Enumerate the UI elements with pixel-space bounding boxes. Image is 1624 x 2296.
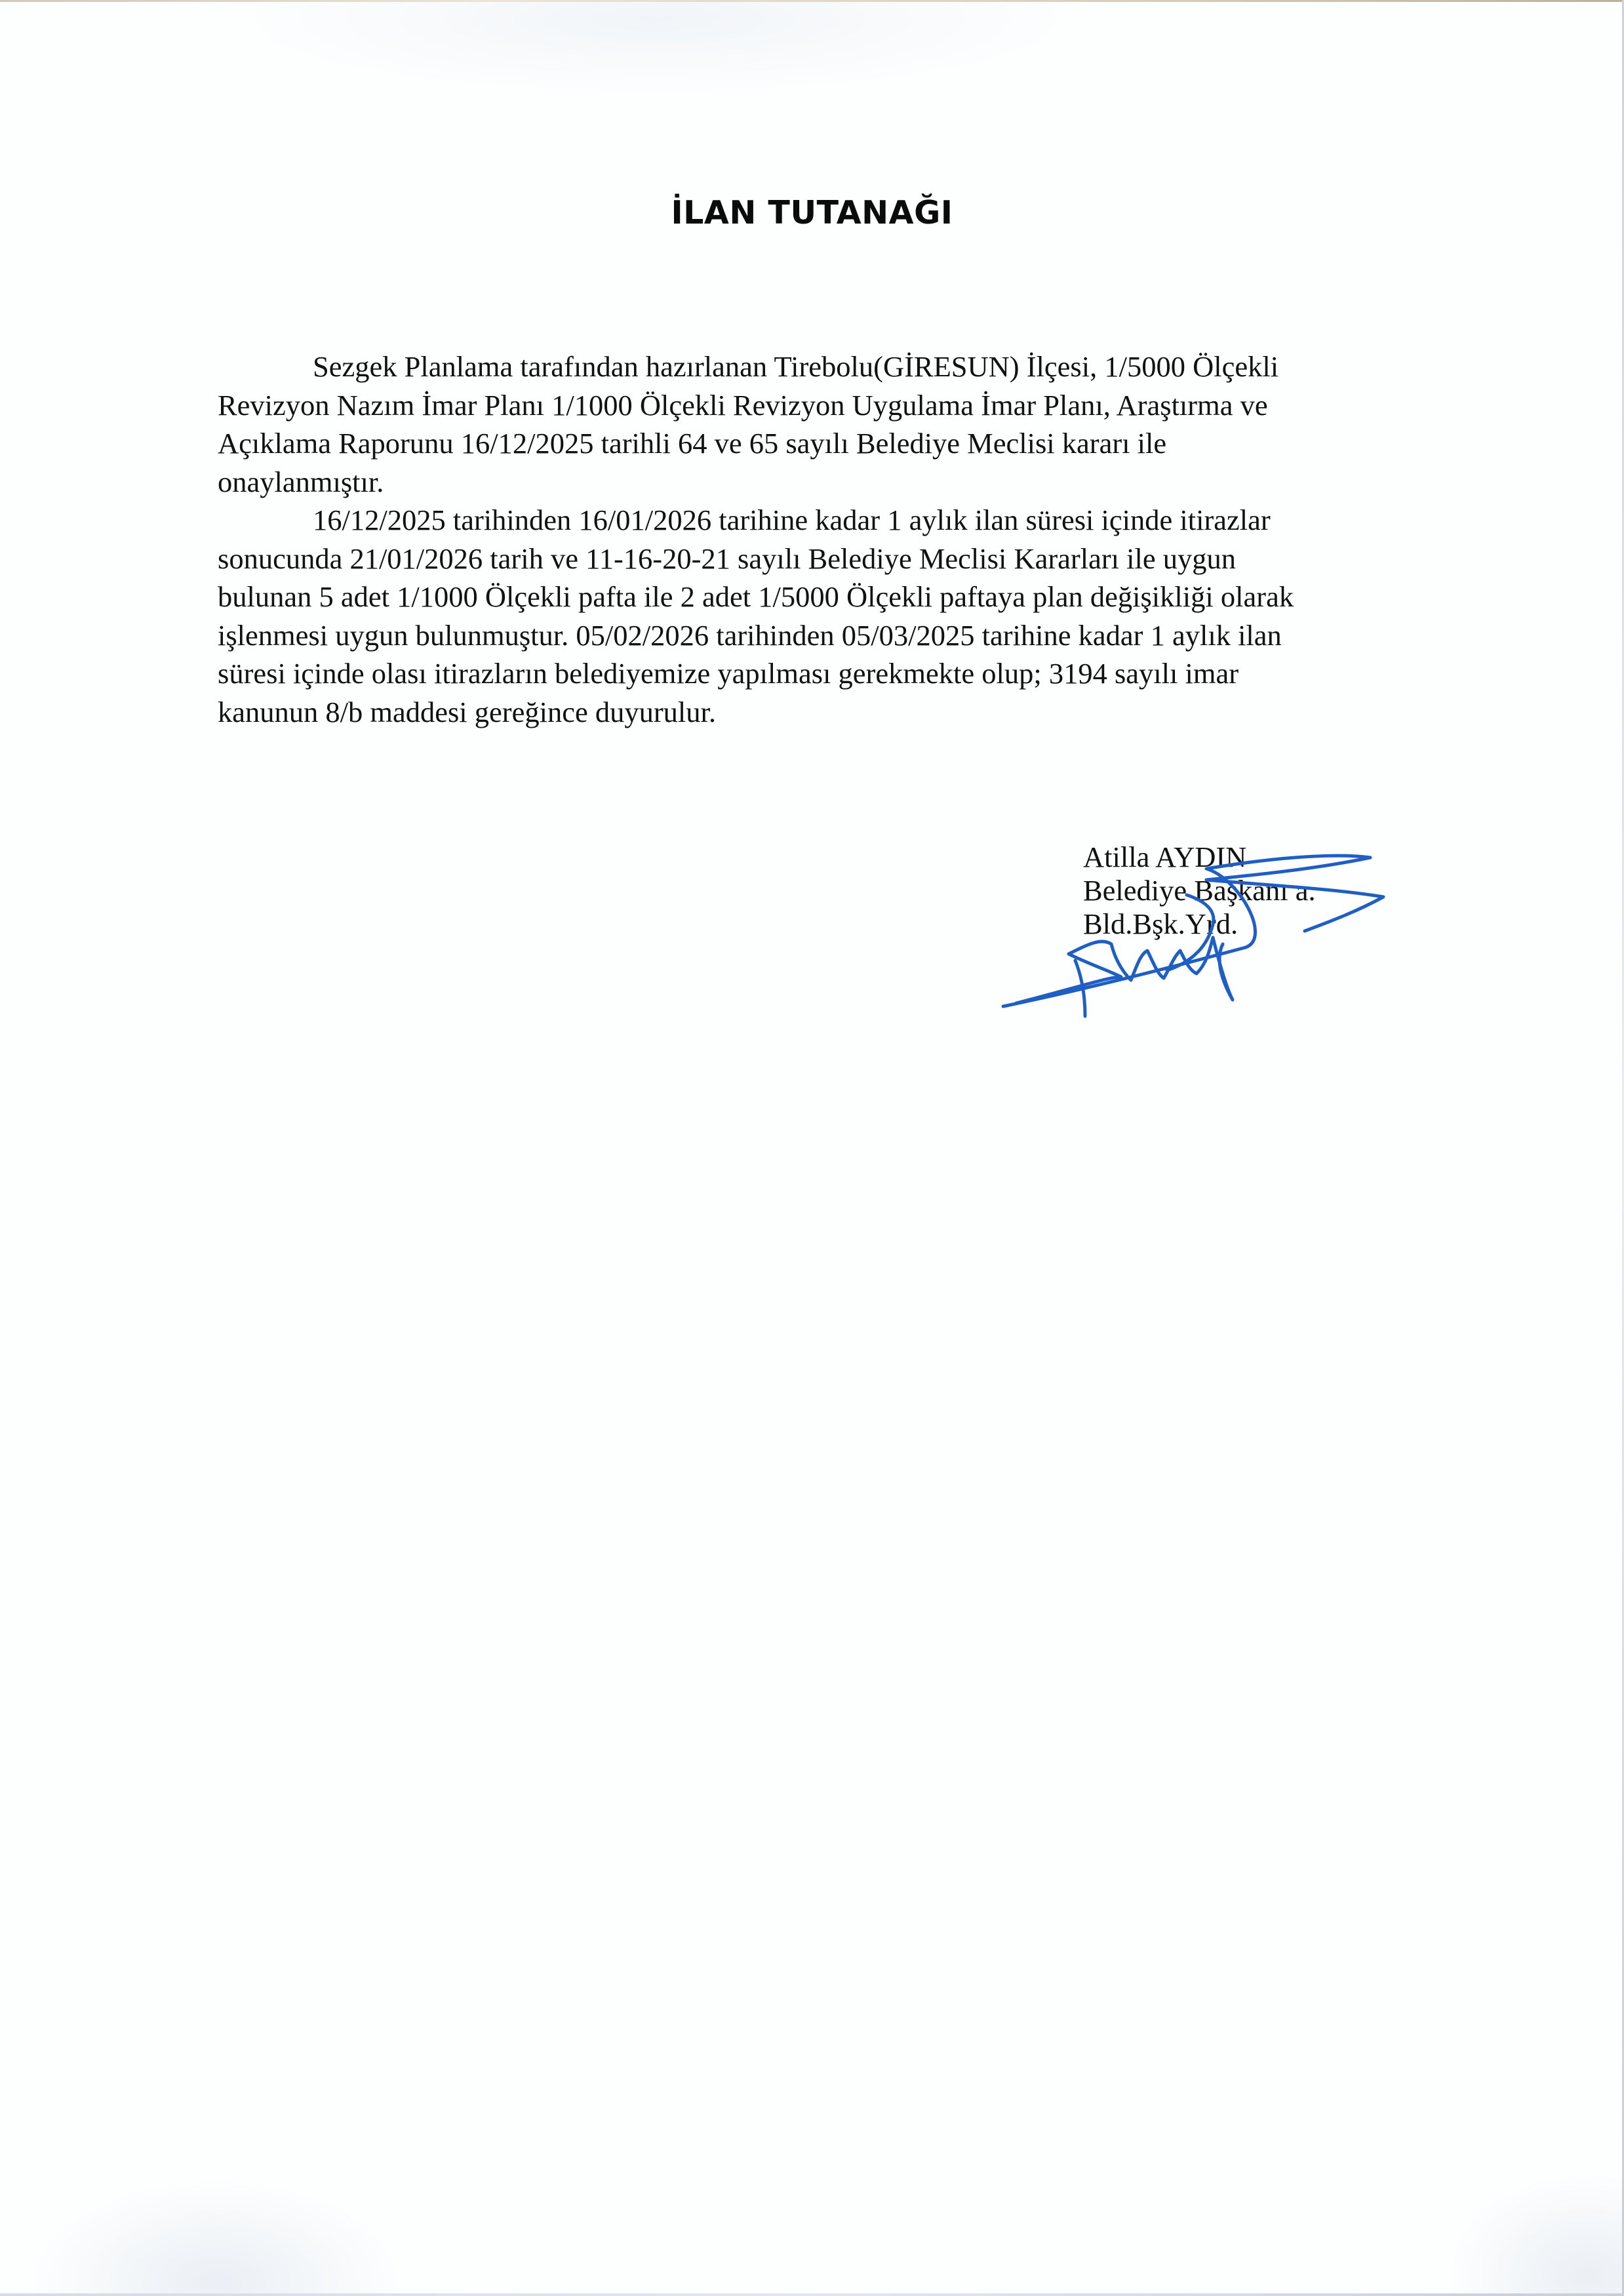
- signature-block: Atilla AYDIN Belediye Başkanı a. Bld.Bşk…: [1083, 841, 1316, 941]
- paragraph-line: Revizyon Nazım İmar Planı 1/1000 Ölçekli…: [218, 386, 1437, 425]
- signatory-title: Belediye Başkanı a.: [1083, 874, 1316, 907]
- document-title: İLAN TUTANAĞI: [0, 194, 1624, 231]
- paragraph-line: Açıklama Raporunu 16/12/2025 tarihli 64 …: [218, 424, 1437, 463]
- document-body: Sezgek Planlama tarafından hazırlanan Ti…: [218, 347, 1437, 731]
- signatory-subtitle: Bld.Bşk.Yrd.: [1083, 907, 1316, 941]
- paragraph-line: süresi içinde olası itirazların belediye…: [218, 654, 1437, 693]
- paragraph-objection-notice: 16/12/2025 tarihinden 16/01/2026 tarihin…: [218, 501, 1437, 731]
- paragraph-line: işlenmesi uygun bulunmuştur. 05/02/2026 …: [218, 616, 1437, 655]
- paragraph-line: sonucunda 21/01/2026 tarih ve 11-16-20-2…: [218, 540, 1437, 578]
- paragraph-line: onaylanmıştır.: [218, 463, 1437, 502]
- scan-background: [0, 0, 1624, 2296]
- paragraph-approval: Sezgek Planlama tarafından hazırlanan Ti…: [218, 347, 1437, 501]
- paragraph-line: Sezgek Planlama tarafından hazırlanan Ti…: [218, 347, 1437, 386]
- page-edge-top: [0, 0, 1624, 2]
- paragraph-line: bulunan 5 adet 1/1000 Ölçekli pafta ile …: [218, 578, 1437, 616]
- paragraph-line: kanunun 8/b maddesi gereğince duyurulur.: [218, 693, 1437, 732]
- paragraph-line: 16/12/2025 tarihinden 16/01/2026 tarihin…: [218, 501, 1437, 540]
- page-edge-bottom: [0, 2293, 1624, 2296]
- signatory-name: Atilla AYDIN: [1083, 841, 1316, 874]
